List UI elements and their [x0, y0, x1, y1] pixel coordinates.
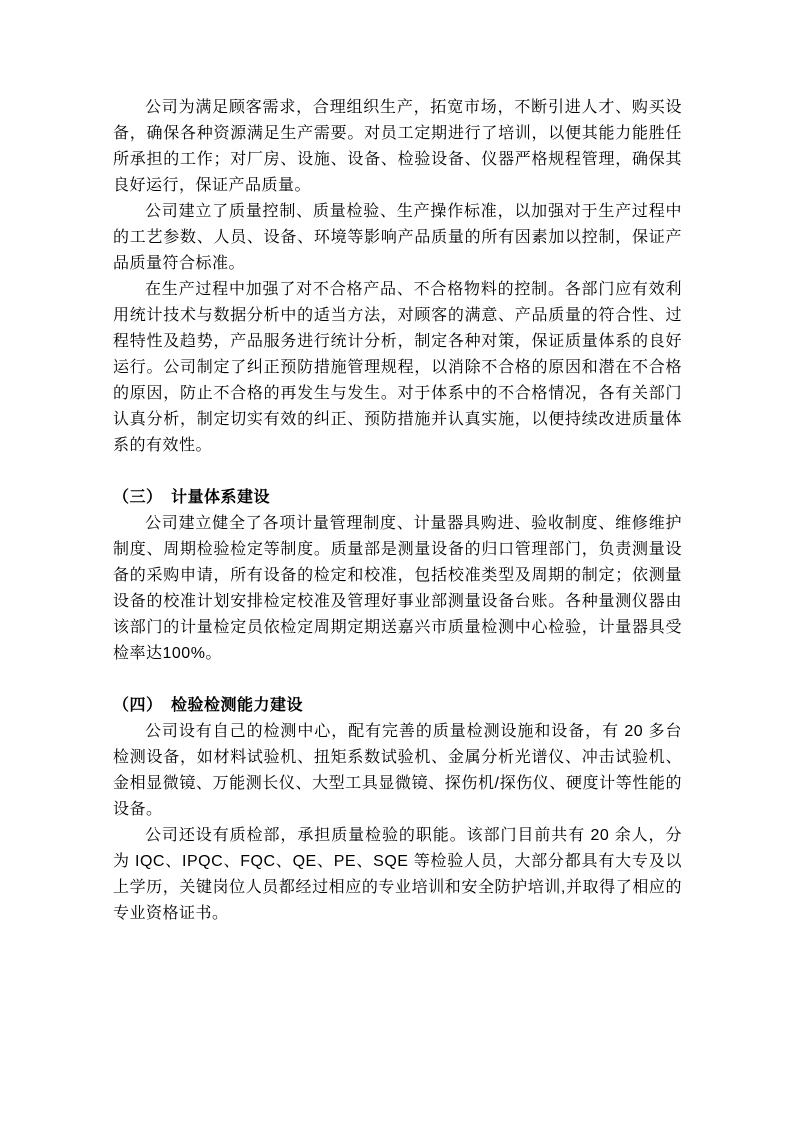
- inspection-paragraph-1: 公司设有自己的检测中心，配有完善的质量检测设施和设备，有 20 多台检测设备，如…: [113, 719, 682, 823]
- section-heading-metrology: （三） 计量体系建设: [113, 485, 682, 511]
- metrology-paragraph-1: 公司建立健全了各项计量管理制度、计量器具购进、验收制度、维修维护制度、周期检验检…: [113, 511, 682, 667]
- intro-paragraph-1: 公司为满足顾客需求，合理组织生产，拓宽市场，不断引进人才、购买设备，确保各种资源…: [113, 95, 682, 199]
- document-page: 公司为满足顾客需求，合理组织生产，拓宽市场，不断引进人才、购买设备，确保各种资源…: [0, 0, 794, 1123]
- inspection-paragraph-2: 公司还设有质检部，承担质量检验的职能。该部门目前共有 20 余人，分为 IQC、…: [113, 823, 682, 927]
- intro-paragraph-2: 公司建立了质量控制、质量检验、生产操作标准，以加强对于生产过程中的工艺参数、人员…: [113, 199, 682, 277]
- intro-paragraph-3: 在生产过程中加强了对不合格产品、不合格物料的控制。各部门应有效利用统计技术与数据…: [113, 277, 682, 459]
- section-heading-inspection: （四） 检验检测能力建设: [113, 693, 682, 719]
